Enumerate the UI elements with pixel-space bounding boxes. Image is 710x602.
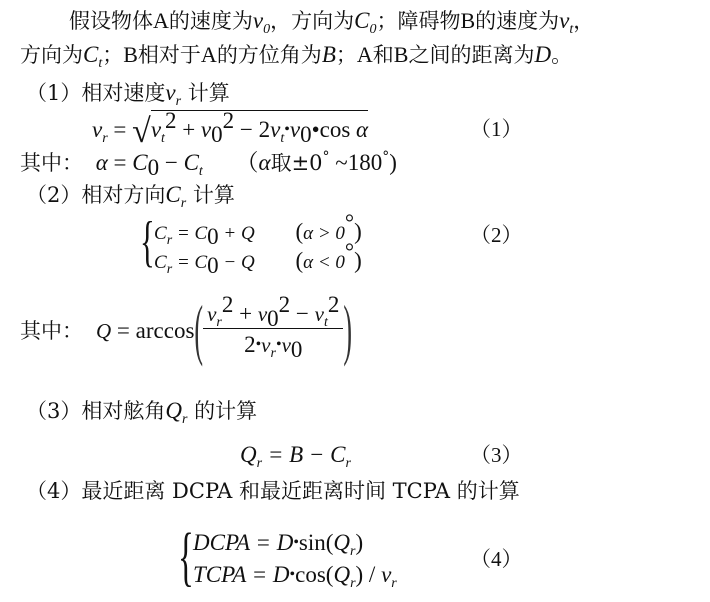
text: 方向为 — [20, 43, 83, 67]
text: 。 — [551, 43, 572, 67]
left-brace: { — [178, 524, 194, 590]
text: 的方位角为 — [217, 43, 322, 67]
text: 和 — [373, 43, 394, 67]
section-4-heading: （4）最近距离 DCPA 和最近距离时间 TCPA 的计算 — [26, 478, 520, 504]
text: ； — [336, 43, 357, 67]
text: ， — [573, 9, 594, 33]
intro-line-2: 方向为Ct；B相对于A的方位角为B；A和B之间的距离为D。 — [20, 42, 572, 68]
fraction: vr2 + v02 − vt22•vr•v0 — [203, 302, 343, 360]
text: B — [394, 42, 409, 67]
equation-number-1: （1） — [470, 116, 523, 142]
section-2-heading: （2）相对方向Cr 计算 — [26, 182, 235, 208]
equation-1: vr = √vt2 + v02 − 2vt•v0•cos α — [92, 110, 368, 150]
text: A — [201, 42, 217, 67]
section-2-where-label: 其中： — [20, 318, 83, 344]
var-ct: Ct — [83, 42, 102, 67]
section-3-heading: （3）相对舷角Qr 的计算 — [26, 398, 257, 424]
text: B — [123, 42, 138, 67]
text: A — [357, 42, 373, 67]
alpha-range-note: （α取±0° ~180°) — [236, 151, 397, 175]
equation-number-4: （4） — [470, 546, 523, 572]
text: 相对于 — [138, 43, 201, 67]
intro-line-1: 假设物体A的速度为v0，方向为C0；障碍物B的速度为vt， — [69, 8, 594, 34]
var-vt: vt — [559, 8, 573, 33]
equation-number-3: （3） — [470, 442, 523, 468]
section-1-heading: （1）相对速度vr 计算 — [26, 80, 230, 106]
text: ，方向为 — [270, 9, 354, 33]
equation-3: Qr = B − Cr — [240, 442, 351, 468]
text: 假设物体 — [69, 9, 153, 33]
section-1-where: 其中： α = C0 − Ct （α取±0° ~180°) — [20, 150, 397, 176]
equation-number-2: （2） — [470, 222, 523, 248]
q-arccos-formula: Q = arccos(vr2 + v02 − vt22•vr•v0) — [96, 302, 352, 360]
sqrt: √vt2 + v02 − 2vt•v0•cos α — [132, 110, 368, 150]
text: 的速度为 — [169, 9, 253, 33]
var-b: B — [322, 42, 336, 67]
var-v0: v0 — [253, 8, 270, 33]
equation-4-dcpa: DCPA = D•sin(Qr) — [193, 530, 363, 559]
text: A — [153, 8, 169, 33]
text: ； — [102, 43, 123, 67]
equation-2-case-2: Cr = C0 − Q (α < 0°) — [154, 248, 362, 276]
left-brace: { — [140, 214, 155, 270]
var-c0: C0 — [354, 8, 376, 33]
text: B — [460, 8, 475, 33]
equation-4-tcpa: TCPA = D•cos(Qr) / vr — [193, 562, 397, 591]
equation-2-case-1: Cr = C0 + Q (α > 0°) — [154, 219, 362, 247]
text: 的速度为 — [475, 9, 559, 33]
text: ；障碍物 — [376, 9, 460, 33]
var-d: D — [534, 42, 551, 67]
text: 之间的距离为 — [408, 43, 534, 67]
